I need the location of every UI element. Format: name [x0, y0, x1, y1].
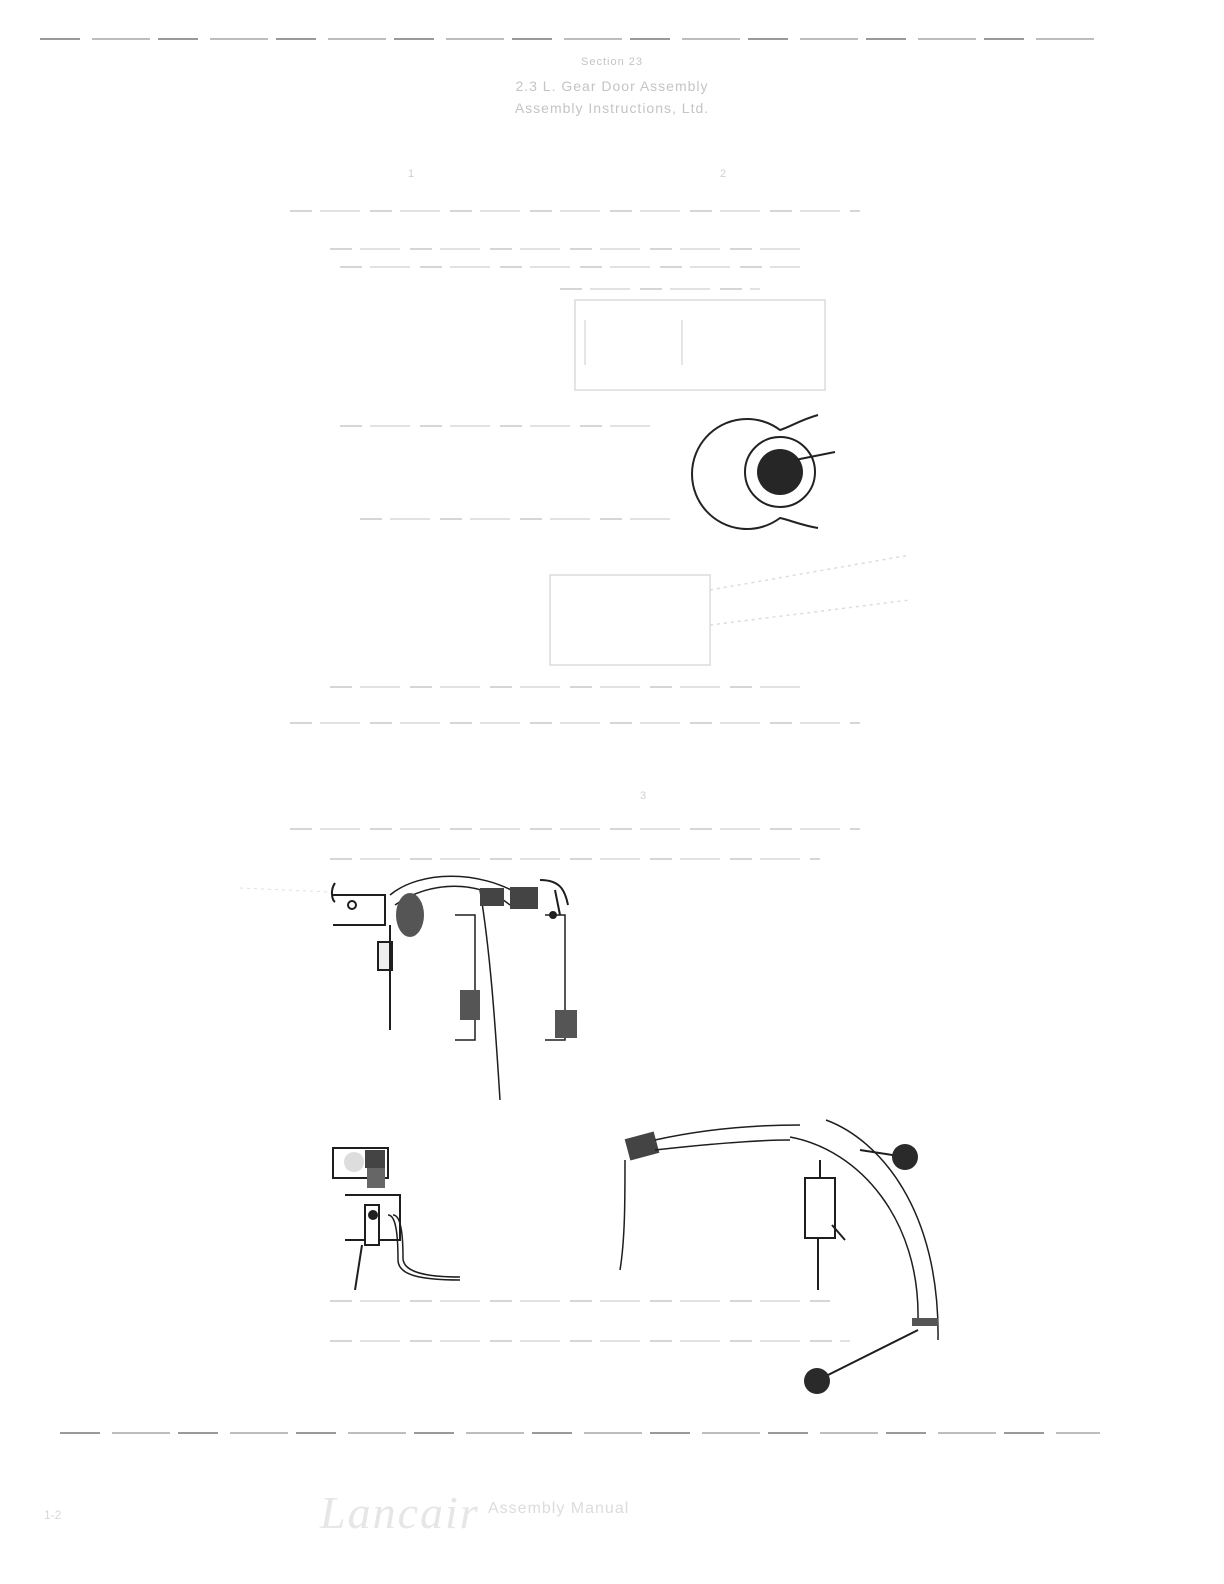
footer-tagline: Assembly Manual	[488, 1500, 629, 1518]
page-number: 1-2	[44, 1508, 61, 1522]
footer-brand-logo: Lancair	[320, 1486, 480, 1539]
gear-door-actuator-figure	[332, 876, 938, 1394]
fastener-circle-callout	[692, 415, 835, 529]
gear-door-hinge-figure	[550, 300, 910, 665]
footer-rule	[60, 1432, 1100, 1434]
figure-drawings	[0, 0, 1224, 1584]
